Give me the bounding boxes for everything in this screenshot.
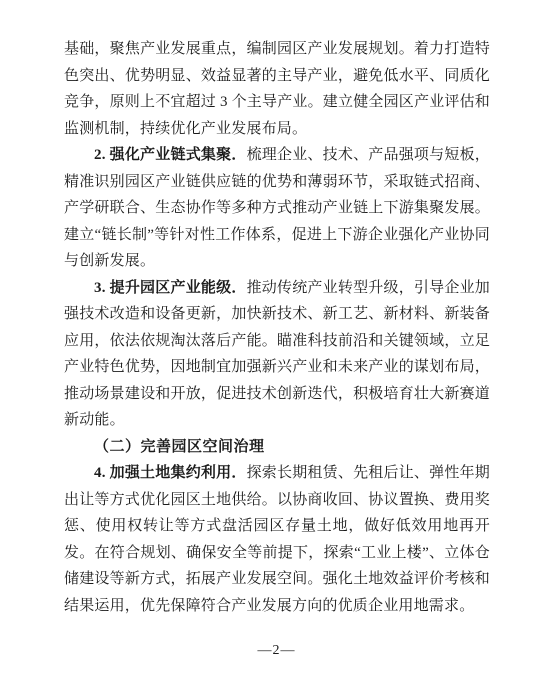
paragraph-continuation: 基础，聚焦产业发展重点，编制园区产业发展规划。着力打造特色突出、优势明显、效益显… bbox=[64, 36, 490, 142]
paragraph-text: 推动传统产业转型升级，引导企业加强技术改造和设备更新，加快新技术、新工艺、新材料… bbox=[64, 280, 490, 429]
paragraph-item-2: 2. 强化产业链式集聚．梳理企业、技术、产品强项与短板，精准识别园区产业链供应链… bbox=[64, 142, 490, 275]
paragraph-head: 4. 加强土地集约利用． bbox=[94, 465, 247, 481]
paragraph-text: 探索长期租赁、先租后让、弹性年期出让等方式优化园区土地供给。以协商收回、协议置换… bbox=[64, 465, 490, 614]
paragraph-text: 基础，聚焦产业发展重点，编制园区产业发展规划。着力打造特色突出、优势明显、效益显… bbox=[64, 41, 490, 137]
document-page: 基础，聚焦产业发展重点，编制园区产业发展规划。着力打造特色突出、优势明显、效益显… bbox=[0, 0, 553, 686]
page-number: —2— bbox=[0, 638, 553, 665]
paragraph-head: 2. 强化产业链式集聚． bbox=[94, 147, 247, 163]
paragraph-item-3: 3. 提升园区产业能级．推动传统产业转型升级，引导企业加强技术改造和设备更新，加… bbox=[64, 275, 490, 434]
paragraph-text: 梳理企业、技术、产品强项与短板，精准识别园区产业链供应链的优势和薄弱环节，采取链… bbox=[64, 147, 490, 269]
section-heading: （二）完善园区空间治理 bbox=[64, 434, 490, 461]
paragraph-item-4: 4. 加强土地集约利用．探索长期租赁、先租后让、弹性年期出让等方式优化园区土地供… bbox=[64, 460, 490, 619]
paragraph-head: 3. 提升园区产业能级． bbox=[94, 280, 247, 296]
